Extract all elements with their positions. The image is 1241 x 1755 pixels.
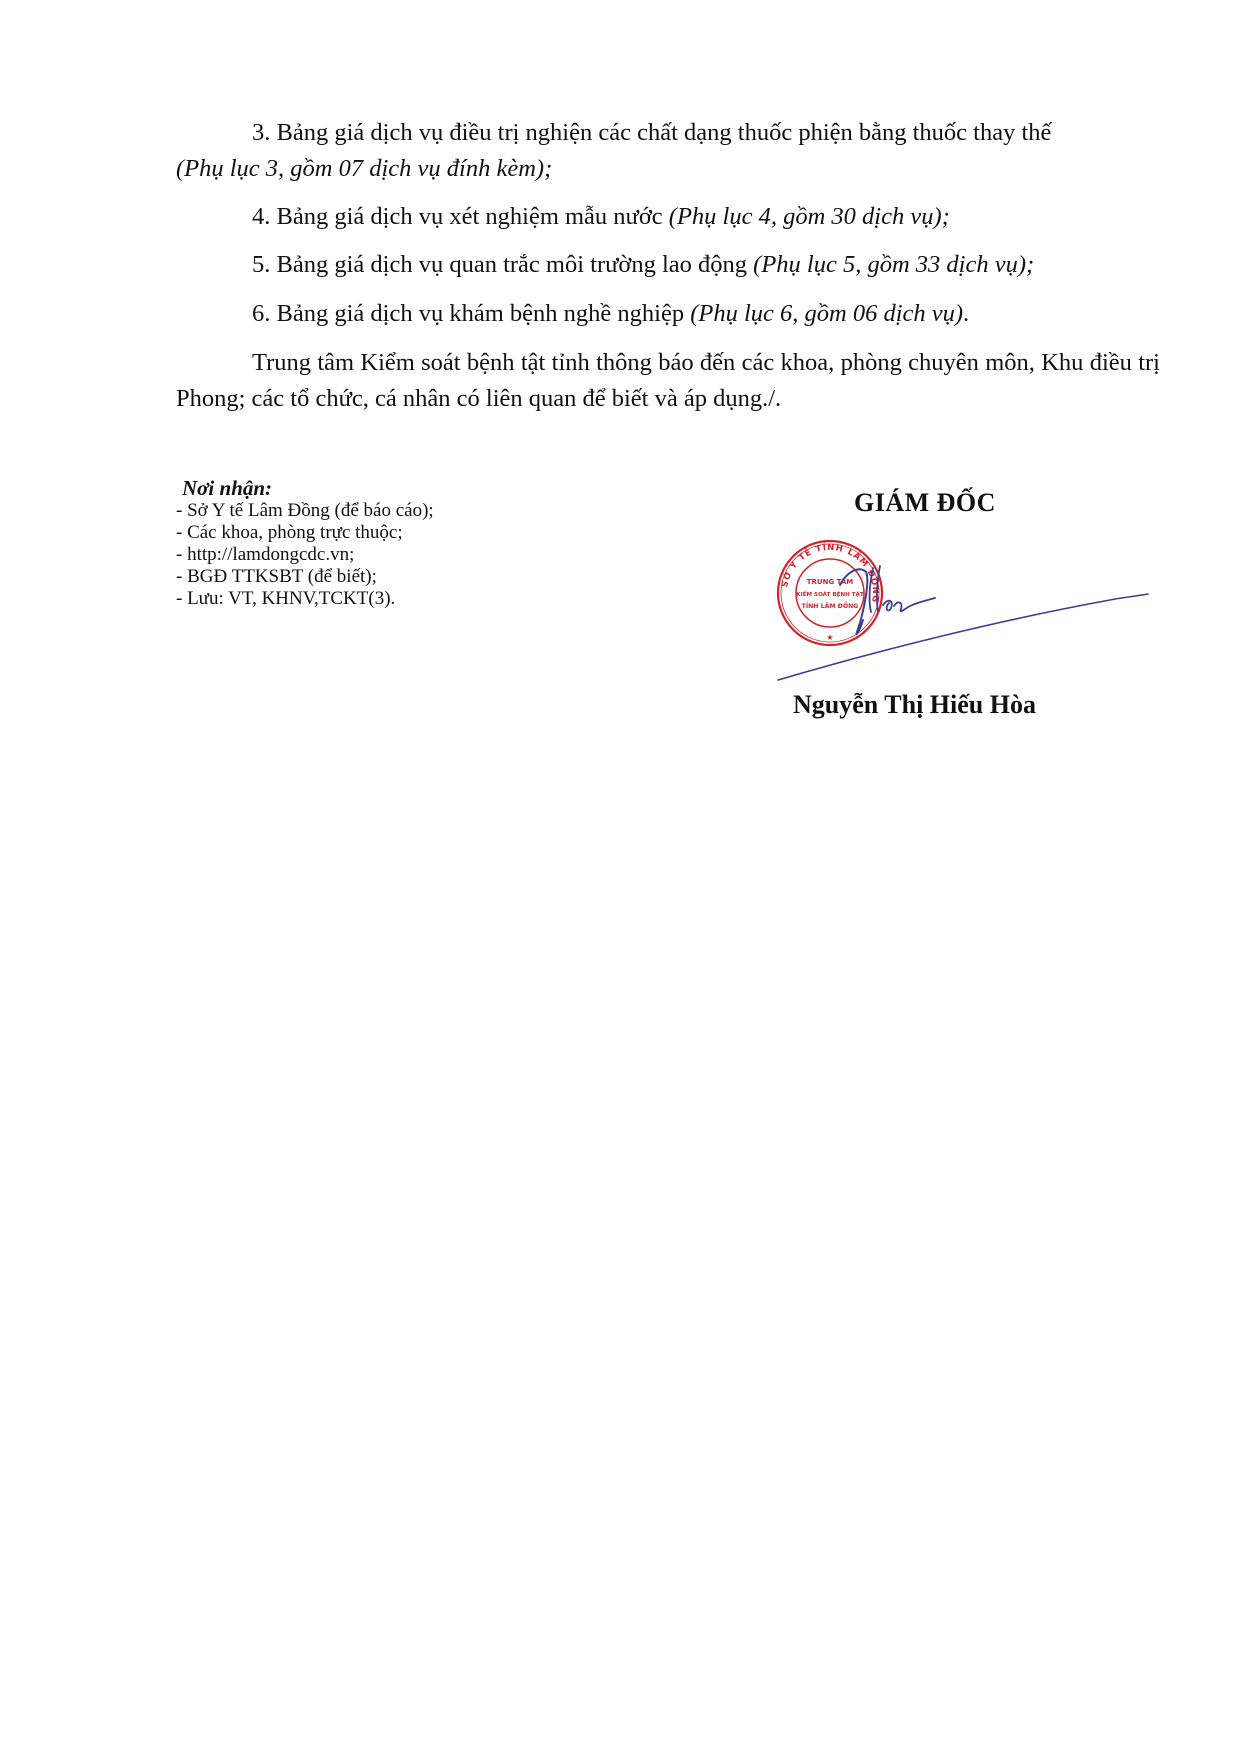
paragraph-item-4-text: 4. Bảng giá dịch vụ xét nghiệm mẫu nước xyxy=(252,203,663,230)
paragraph-item-3-note: (Phụ lục 3, gồm 07 dịch vụ đính kèm); xyxy=(176,151,1160,187)
recipient-item: - Lưu: VT, KHNV,TCKT(3). xyxy=(176,588,596,610)
recipients-heading: Nơi nhận: xyxy=(176,476,596,500)
paragraph-item-3: 3. Bảng giá dịch vụ điều trị nghiện các … xyxy=(176,115,1160,187)
paragraph-item-5-note: (Phụ lục 5, gồm 33 dịch vụ); xyxy=(753,251,1034,278)
recipient-item: - http://lamdongcdc.vn; xyxy=(176,544,596,566)
recipients-block: Nơi nhận: - Sở Y tế Lâm Đồng (để báo cáo… xyxy=(176,476,596,610)
recipient-item: - Các khoa, phòng trực thuộc; xyxy=(176,522,596,544)
paragraph-item-6: 6. Bảng giá dịch vụ khám bệnh nghề nghiệ… xyxy=(176,296,1160,332)
paragraph-item-4-note: (Phụ lục 4, gồm 30 dịch vụ); xyxy=(669,203,950,230)
paragraph-item-6-text: 6. Bảng giá dịch vụ khám bệnh nghề nghiệ… xyxy=(252,300,684,327)
paragraph-item-5: 5. Bảng giá dịch vụ quan trắc môi trường… xyxy=(176,247,1160,283)
paragraph-item-6-note: (Phụ lục 6, gồm 06 dịch vụ) xyxy=(690,300,963,327)
signer-title: GIÁM ĐỐC xyxy=(854,488,996,518)
signature-block: GIÁM ĐỐC SỞ Y TẾ TỈNH LÂM ĐỒNG ★ TRUNG T… xyxy=(760,480,1160,740)
recipient-item: - BGĐ TTKSBT (để biết); xyxy=(176,566,596,588)
document-page: 3. Bảng giá dịch vụ điều trị nghiện các … xyxy=(0,0,1241,1755)
paragraph-item-6-end: . xyxy=(963,300,969,327)
handwritten-signature-icon xyxy=(760,520,1160,690)
paragraph-item-5-text: 5. Bảng giá dịch vụ quan trắc môi trường… xyxy=(252,251,747,278)
signer-name: Nguyễn Thị Hiếu Hòa xyxy=(793,690,1036,720)
paragraph-item-4: 4. Bảng giá dịch vụ xét nghiệm mẫu nước … xyxy=(176,199,1160,235)
recipient-item: - Sở Y tế Lâm Đồng (để báo cáo); xyxy=(176,500,596,522)
paragraph-item-3-text: 3. Bảng giá dịch vụ điều trị nghiện các … xyxy=(252,119,1051,146)
closing-paragraph: Trung tâm Kiểm soát bệnh tật tỉnh thông … xyxy=(176,345,1160,417)
